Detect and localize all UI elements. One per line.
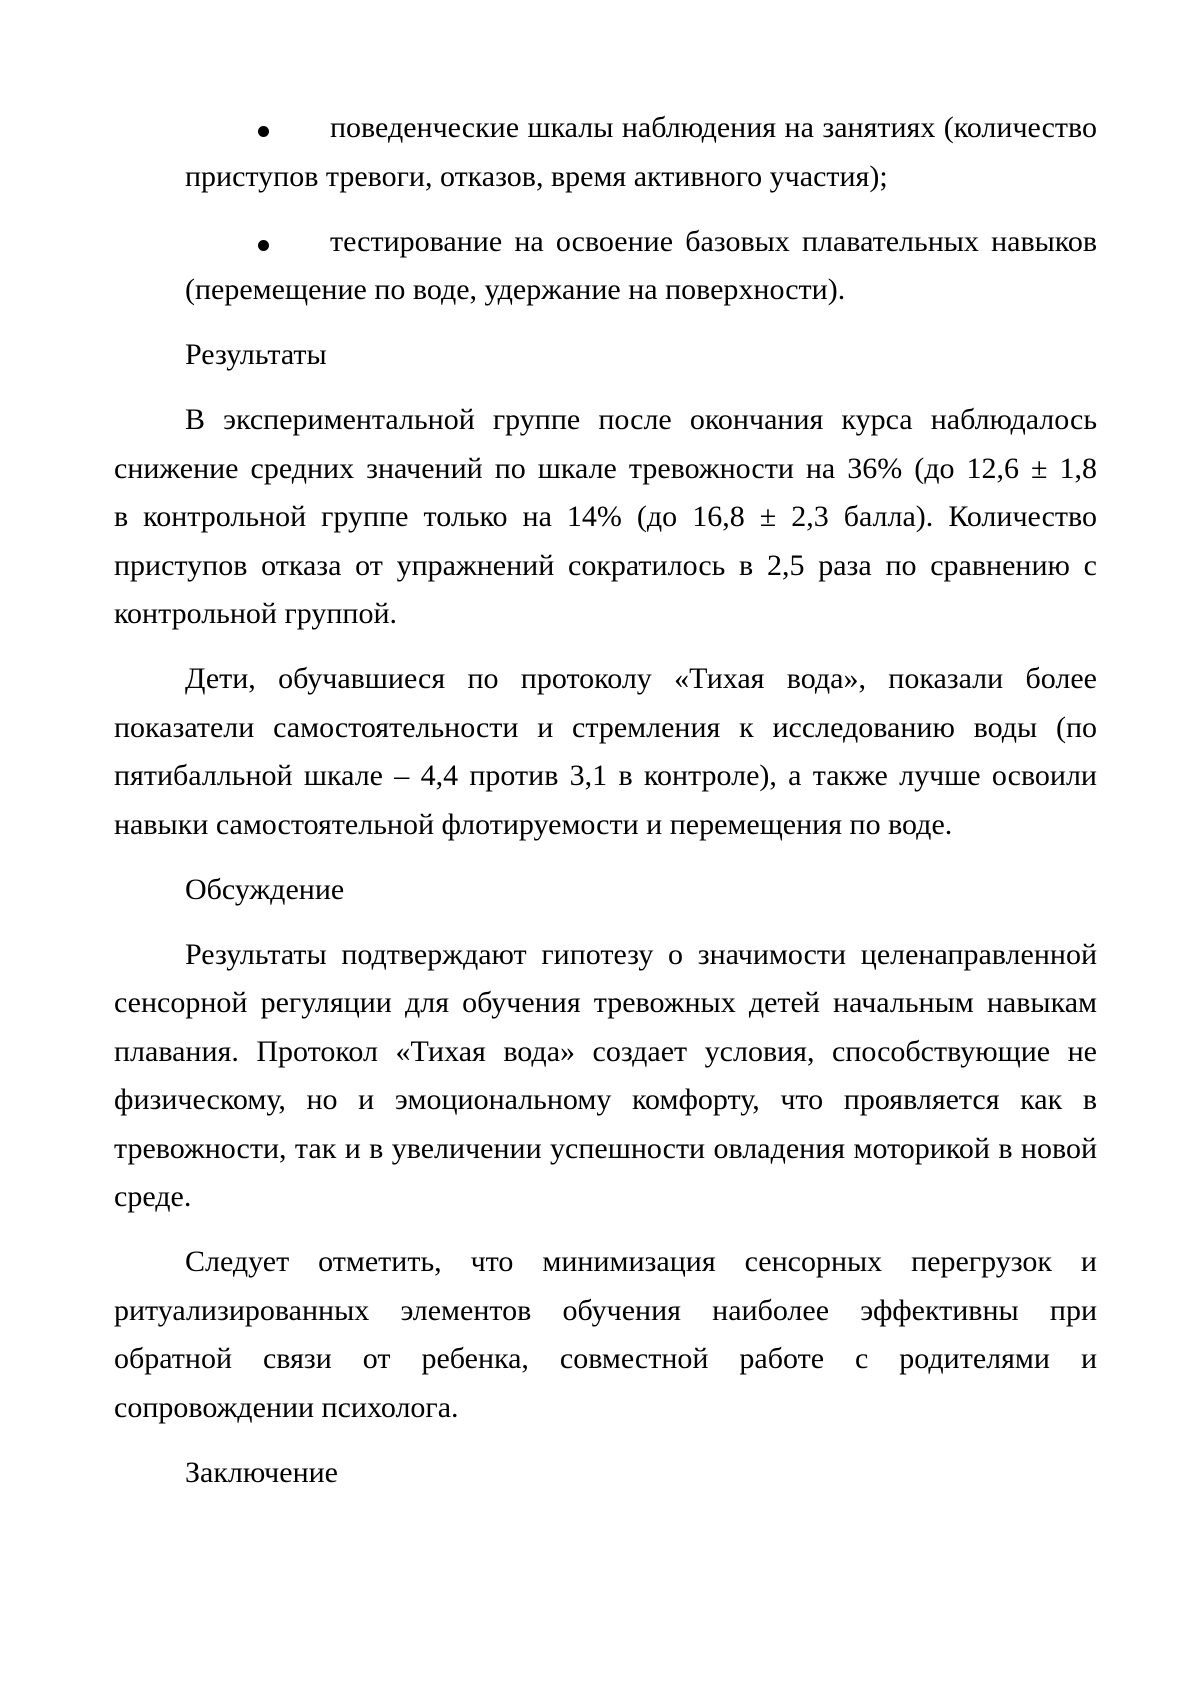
line-text: Результаты подтверждают гипотезу о значи…	[185, 938, 1097, 971]
paragraph: Результаты подтверждают гипотезу о значи…	[114, 931, 1097, 1222]
bullet-tab-spacer	[269, 136, 330, 137]
text-line: Результаты	[114, 331, 1097, 380]
line-text: В экспериментальной группе после окончан…	[185, 403, 1097, 436]
text-line: ритуализированных элементов обучения наи…	[114, 1287, 1097, 1336]
bullet-tab-spacer	[269, 250, 330, 251]
text-line: физическому, но и эмоциональному комфорт…	[114, 1076, 1097, 1125]
document-page: поведенческие шкалы наблюдения на заняти…	[0, 0, 1200, 1695]
line-text: плавания. Протокол «Тихая вода» создает …	[114, 1035, 1097, 1077]
text-line: тестирование на освоение базовых плавате…	[185, 218, 1097, 267]
line-text: поведенческие шкалы наблюдения на заняти…	[330, 111, 1097, 144]
text-line: приступов тревоги, отказов, время активн…	[185, 153, 1097, 202]
paragraph: Дети, обучавшиеся по протоколу «Тихая во…	[114, 655, 1097, 849]
line-text: в контрольной группе только на 14% (до 1…	[114, 500, 1097, 533]
text-line: навыки самостоятельной флотируемости и п…	[114, 801, 1097, 850]
line-text: показатели самостоятельности и стремлени…	[114, 711, 1097, 744]
line-text: приступов отказа от упражнений сократило…	[114, 549, 1097, 582]
line-text: Следует отметить, что минимизация сенсор…	[114, 1245, 1097, 1287]
line-text: среде.	[114, 1180, 191, 1213]
text-line: Заключение	[114, 1449, 1097, 1498]
section-heading: Результаты	[114, 331, 1097, 380]
paragraph: Следует отметить, что минимизация сенсор…	[114, 1238, 1097, 1432]
line-text: навыки самостоятельной флотируемости и п…	[114, 808, 952, 841]
text-line: контрольной группой.	[114, 590, 1097, 639]
text-line: Дети, обучавшиеся по протоколу «Тихая во…	[114, 655, 1097, 704]
section-heading: Заключение	[114, 1449, 1097, 1498]
line-text: ритуализированных элементов обучения наи…	[114, 1294, 1097, 1336]
line-text: сенсорной регуляции для обучения тревожн…	[114, 986, 1097, 1019]
line-text: сопровождении психолога.	[114, 1391, 459, 1424]
text-line: поведенческие шкалы наблюдения на заняти…	[185, 104, 1097, 153]
text-line: пятибалльной шкале – 4,4 против 3,1 в ко…	[114, 752, 1097, 801]
text-line: показатели самостоятельности и стремлени…	[114, 704, 1097, 753]
heading-text: Результаты	[185, 338, 327, 371]
bullet-item: поведенческие шкалы наблюдения на заняти…	[185, 104, 1097, 201]
document-text-block: поведенческие шкалы наблюдения на заняти…	[0, 0, 1200, 1695]
text-line: (перемещение по воде, удержание на повер…	[185, 266, 1097, 315]
bullet-icon	[258, 240, 269, 251]
text-line: плавания. Протокол «Тихая вода» создает …	[114, 1028, 1097, 1077]
line-text: физическому, но и эмоциональному комфорт…	[114, 1083, 1097, 1125]
text-line: обратной связи от ребенка, совместной ра…	[114, 1335, 1097, 1384]
bullet-item: тестирование на освоение базовых плавате…	[185, 218, 1097, 315]
text-line: в контрольной группе только на 14% (до 1…	[114, 493, 1097, 542]
text-line: В экспериментальной группе после окончан…	[114, 396, 1097, 445]
line-text: пятибалльной шкале – 4,4 против 3,1 в ко…	[114, 759, 1097, 792]
line-text: снижение средних значений по шкале трево…	[114, 452, 1097, 494]
line-text: (перемещение по воде, удержание на повер…	[185, 273, 845, 306]
text-line: Результаты подтверждают гипотезу о значи…	[114, 931, 1097, 980]
line-text: приступов тревоги, отказов, время активн…	[185, 160, 888, 193]
paragraph: В экспериментальной группе после окончан…	[114, 396, 1097, 639]
text-line: тревожности, так и в увеличении успешнос…	[114, 1125, 1097, 1174]
text-line: снижение средних значений по шкале трево…	[114, 445, 1097, 494]
line-text: Дети, обучавшиеся по протоколу «Тихая во…	[114, 662, 1097, 704]
line-text: тестирование на освоение базовых плавате…	[330, 225, 1097, 258]
line-text: обратной связи от ребенка, совместной ра…	[114, 1342, 1097, 1384]
line-text: контрольной группой.	[114, 597, 397, 630]
text-line: сопровождении психолога.	[114, 1384, 1097, 1433]
section-heading: Обсуждение	[114, 866, 1097, 915]
text-line: Следует отметить, что минимизация сенсор…	[114, 1238, 1097, 1287]
text-line: среде.	[114, 1173, 1097, 1222]
text-line: приступов отказа от упражнений сократило…	[114, 542, 1097, 591]
heading-text: Заключение	[185, 1456, 338, 1489]
bullet-icon	[258, 126, 269, 137]
heading-text: Обсуждение	[185, 873, 344, 906]
line-text: тревожности, так и в увеличении успешнос…	[114, 1132, 1097, 1165]
text-line: сенсорной регуляции для обучения тревожн…	[114, 979, 1097, 1028]
text-line: Обсуждение	[114, 866, 1097, 915]
